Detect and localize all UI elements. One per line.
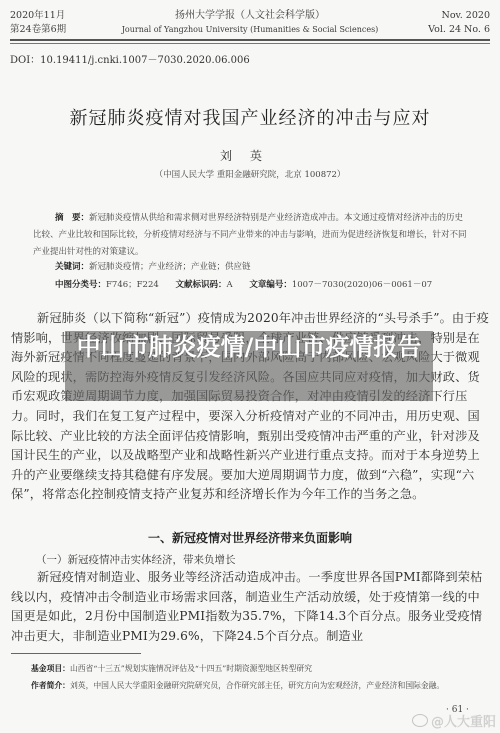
issue-date-en: Nov. 2020 Vol. 24 No. 6 <box>428 9 490 37</box>
keywords-text: 新冠肺炎疫情；产业经济；产业链；供应链 <box>89 262 251 272</box>
doc-code-label: 文献标识码： <box>175 280 226 290</box>
fund-label: 基金项目： <box>31 664 70 673</box>
clc-label: 中图分类号： <box>55 280 106 290</box>
article-no-value: 1007－7030(2020)06－0061－07 <box>292 280 432 290</box>
bio-text: 刘英，中国人民大学重阳金融研究院研究员，合作研究部主任，研究方向为宏观经济，产业… <box>70 681 444 690</box>
journal-name: 扬州大学学报（人文社会科学版） Journal of Yangzhou Univ… <box>10 9 490 37</box>
caption-overlay-text: 中山市肺炎疫情/中山市疫情报告 <box>65 333 433 361</box>
footnote-fund: 基金项目：山西省“十三五”规划实施情况评估及“十四五”时期资源型地区转型研究 <box>31 660 490 677</box>
classification-line: 中图分类号：F746；F224 文献标识码：A 文章编号：1007－7030(2… <box>55 278 432 290</box>
author-name: 刘英 <box>0 147 500 164</box>
subsection-heading: （一）新冠疫情冲击实体经济，带来负增长 <box>36 552 236 567</box>
journal-title-en: Journal of Yangzhou University (Humaniti… <box>10 23 490 37</box>
abstract: 摘 要：新冠肺炎疫情从供给和需求侧对世界经济特别是产业经济造成冲击。本文通过疫情… <box>33 210 468 261</box>
watermark: @人大重阳 <box>412 711 496 730</box>
footnote-author-bio: 作者简介：刘英，中国人民大学重阳金融研究院研究员，合作研究部主任，研究方向为宏观… <box>31 677 490 694</box>
weibo-logo-icon <box>412 714 428 727</box>
paper-page: 2020年11月 第24卷第6期 扬州大学学报（人文社会科学版） Journal… <box>0 0 500 733</box>
keywords: 关键词：新冠肺炎疫情；产业经济；产业链；供应链 <box>55 260 251 272</box>
body-paragraph-2: 新冠疫情对制造业、服务业等经济活动造成冲击。一季度世界各国PMI都降到荣枯线以内… <box>11 568 490 646</box>
section-heading: 一、新冠疫情对世界经济带来负面影响 <box>0 529 500 546</box>
article-title: 新冠肺炎疫情对我国产业经济的冲击与应对 <box>0 104 500 130</box>
header-rule-thick <box>10 39 490 41</box>
header-rule-thin <box>10 43 490 44</box>
volume-issue-en: Vol. 24 No. 6 <box>428 23 490 37</box>
journal-title-cn: 扬州大学学报（人文社会科学版） <box>10 9 490 23</box>
footnote-rule <box>11 653 141 654</box>
article-no-label: 文章编号： <box>249 280 292 290</box>
issue-month-en: Nov. 2020 <box>428 9 490 23</box>
keywords-label: 关键词： <box>55 262 89 272</box>
watermark-text: @人大重阳 <box>431 715 496 730</box>
doi: DOI：10.19411/j.cnki.1007－7030.2020.06.00… <box>10 51 250 66</box>
doc-code-value: A <box>226 280 232 290</box>
fund-text: 山西省“十三五”规划实施情况评估及“十四五”时期资源型地区转型研究 <box>70 664 312 673</box>
running-header: 2020年11月 第24卷第6期 扬州大学学报（人文社会科学版） Journal… <box>10 9 490 39</box>
abstract-text: 新冠肺炎疫情从供给和需求侧对世界经济特别是产业经济造成冲击。本文通过疫情对经济冲… <box>33 213 467 257</box>
bio-label: 作者简介： <box>31 681 70 690</box>
author-affiliation: （中国人民大学 重阳金融研究院，北京 100872） <box>0 168 500 180</box>
abstract-label: 摘 要： <box>55 213 89 223</box>
clc-value: F746；F224 <box>106 280 159 290</box>
